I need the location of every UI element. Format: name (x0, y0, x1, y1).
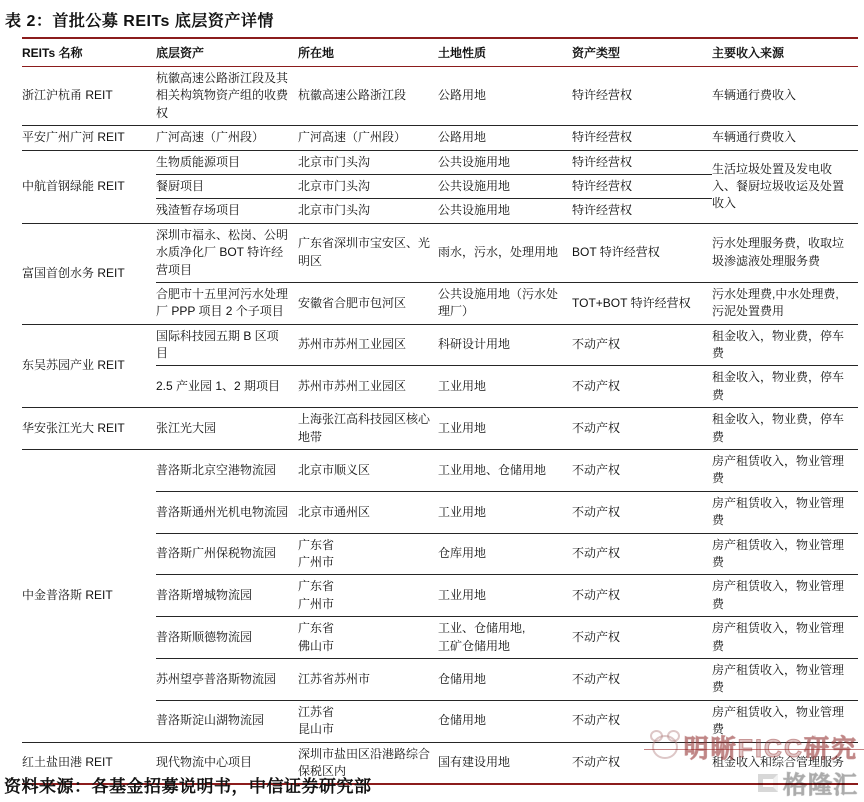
location-cell: 上海张江高科技园区核心地带 (298, 408, 438, 450)
table-row: 平安广州广河 REIT广河高速（广州段）广河高速（广州段）公路用地特许经营权车辆… (22, 126, 858, 150)
header-location: 所在地 (298, 38, 438, 67)
table-row: 中航首钢绿能 REIT生物质能源项目北京市门头沟公共设施用地特许经营权生活垃圾处… (22, 150, 858, 174)
income-cell: 租金收入，物业费，停车费 (712, 324, 858, 366)
location-cell: 广东省 佛山市 (298, 617, 438, 659)
asset-cell: 普洛斯顺德物流园 (156, 617, 298, 659)
asset-type-cell: 特许经营权 (572, 150, 712, 174)
land-nature-cell: 仓储用地 (438, 658, 572, 700)
asset-cell: 广河高速（广州段） (156, 126, 298, 150)
asset-type-cell: 不动产权 (572, 658, 712, 700)
income-cell: 房产租赁收入，物业管理费 (712, 491, 858, 533)
land-nature-cell: 雨水，污水，处理用地 (438, 223, 572, 282)
location-cell: 广东省 广州市 (298, 533, 438, 575)
location-cell: 广东省深圳市宝安区、光明区 (298, 223, 438, 282)
source-note: 资料来源：各基金招募说明书，中信证券研究部 (4, 772, 372, 797)
asset-type-cell: 不动产权 (572, 408, 712, 450)
income-cell: 污水处理费,中水处理费,污泥处置费用 (712, 282, 858, 324)
income-cell: 车辆通行费收入 (712, 126, 858, 150)
land-nature-cell: 公共设施用地 (438, 199, 572, 223)
land-nature-cell: 工业用地 (438, 575, 572, 617)
income-cell: 房产租赁收入，物业管理费 (712, 450, 858, 492)
income-cell: 污水处理服务费，收取垃圾渗滤液处理服务费 (712, 223, 858, 282)
location-cell: 广河高速（广州段） (298, 126, 438, 150)
location-cell: 江苏省苏州市 (298, 658, 438, 700)
asset-cell: 生物质能源项目 (156, 150, 298, 174)
table-body: 浙江沪杭甬 REIT杭徽高速公路浙江段及其相关构筑物资产组的收费权杭徽高速公路浙… (22, 67, 858, 785)
asset-type-cell: BOT 特许经营权 (572, 223, 712, 282)
table-header-row: REITs 名称 底层资产 所在地 土地性质 资产类型 主要收入来源 (22, 38, 858, 67)
land-nature-cell: 工业用地、仓储用地 (438, 450, 572, 492)
land-nature-cell: 科研设计用地 (438, 324, 572, 366)
asset-type-cell: 不动产权 (572, 533, 712, 575)
location-cell: 苏州市苏州工业园区 (298, 366, 438, 408)
land-nature-cell: 工业、仓储用地, 工矿仓储用地 (438, 617, 572, 659)
land-nature-cell: 工业用地 (438, 491, 572, 533)
income-cell: 租金收入和综合管理服务 (712, 742, 858, 784)
reit-name-cell: 浙江沪杭甬 REIT (22, 67, 156, 126)
location-cell: 北京市门头沟 (298, 150, 438, 174)
asset-type-cell: 不动产权 (572, 491, 712, 533)
table-row: 中金普洛斯 REIT普洛斯北京空港物流园北京市顺义区工业用地、仓储用地不动产权房… (22, 450, 858, 492)
table-row: 东吴苏园产业 REIT国际科技园五期 B 区项目苏州市苏州工业园区科研设计用地不… (22, 324, 858, 366)
location-cell: 广东省 广州市 (298, 575, 438, 617)
asset-cell: 张江光大园 (156, 408, 298, 450)
asset-type-cell: 不动产权 (572, 450, 712, 492)
asset-cell: 2.5 产业园 1、2 期项目 (156, 366, 298, 408)
asset-cell: 普洛斯淀山湖物流园 (156, 700, 298, 742)
asset-cell: 餐厨项目 (156, 174, 298, 198)
asset-type-cell: 特许经营权 (572, 174, 712, 198)
asset-type-cell: 特许经营权 (572, 126, 712, 150)
table-row: 浙江沪杭甬 REIT杭徽高速公路浙江段及其相关构筑物资产组的收费权杭徽高速公路浙… (22, 67, 858, 126)
location-cell: 苏州市苏州工业园区 (298, 324, 438, 366)
income-cell: 租金收入，物业费，停车费 (712, 408, 858, 450)
location-cell: 北京市顺义区 (298, 450, 438, 492)
reit-name-cell: 富国首创水务 REIT (22, 223, 156, 324)
income-cell: 生活垃圾处置及发电收入、餐厨垃圾收运及处置收入 (712, 150, 858, 223)
header-main-income: 主要收入来源 (712, 38, 858, 67)
land-nature-cell: 仓储用地 (438, 700, 572, 742)
reits-table: REITs 名称 底层资产 所在地 土地性质 资产类型 主要收入来源 浙江沪杭甬… (22, 37, 858, 785)
page-title: 表 2：首批公募 REITs 底层资产详情 (0, 0, 864, 37)
asset-type-cell: 不动产权 (572, 700, 712, 742)
land-nature-cell: 公路用地 (438, 126, 572, 150)
income-cell: 租金收入，物业费，停车费 (712, 366, 858, 408)
asset-cell: 杭徽高速公路浙江段及其相关构筑物资产组的收费权 (156, 67, 298, 126)
asset-type-cell: 不动产权 (572, 324, 712, 366)
income-cell: 车辆通行费收入 (712, 67, 858, 126)
asset-type-cell: 特许经营权 (572, 67, 712, 126)
asset-cell: 合肥市十五里河污水处理厂 PPP 项目 2 个子项目 (156, 282, 298, 324)
income-cell: 房产租赁收入，物业管理费 (712, 700, 858, 742)
income-cell: 房产租赁收入，物业管理费 (712, 658, 858, 700)
table-row: 富国首创水务 REIT深圳市福永、松岗、公明水质净化厂 BOT 特许经营项目广东… (22, 223, 858, 282)
reit-name-cell: 华安张江光大 REIT (22, 408, 156, 450)
asset-type-cell: 不动产权 (572, 617, 712, 659)
asset-type-cell: 不动产权 (572, 742, 712, 784)
location-cell: 北京市通州区 (298, 491, 438, 533)
header-underlying-asset: 底层资产 (156, 38, 298, 67)
reit-name-cell: 东吴苏园产业 REIT (22, 324, 156, 408)
asset-cell: 深圳市福永、松岗、公明水质净化厂 BOT 特许经营项目 (156, 223, 298, 282)
land-nature-cell: 工业用地 (438, 408, 572, 450)
header-reits-name: REITs 名称 (22, 38, 156, 67)
asset-type-cell: 不动产权 (572, 575, 712, 617)
reit-name-cell: 中金普洛斯 REIT (22, 450, 156, 742)
land-nature-cell: 公共设施用地 (438, 150, 572, 174)
table-row: 华安张江光大 REIT张江光大园上海张江高科技园区核心地带工业用地不动产权租金收… (22, 408, 858, 450)
reit-name-cell: 平安广州广河 REIT (22, 126, 156, 150)
income-cell: 房产租赁收入，物业管理费 (712, 533, 858, 575)
income-cell: 房产租赁收入，物业管理费 (712, 617, 858, 659)
land-nature-cell: 国有建设用地 (438, 742, 572, 784)
land-nature-cell: 仓库用地 (438, 533, 572, 575)
location-cell: 杭徽高速公路浙江段 (298, 67, 438, 126)
asset-cell: 苏州望亭普洛斯物流园 (156, 658, 298, 700)
asset-cell: 国际科技园五期 B 区项目 (156, 324, 298, 366)
land-nature-cell: 工业用地 (438, 366, 572, 408)
asset-type-cell: TOT+BOT 特许经营权 (572, 282, 712, 324)
location-cell: 安徽省合肥市包河区 (298, 282, 438, 324)
header-asset-type: 资产类型 (572, 38, 712, 67)
income-cell: 房产租赁收入，物业管理费 (712, 575, 858, 617)
asset-cell: 残渣暂存场项目 (156, 199, 298, 223)
asset-cell: 普洛斯广州保税物流园 (156, 533, 298, 575)
location-cell: 北京市门头沟 (298, 174, 438, 198)
asset-cell: 普洛斯北京空港物流园 (156, 450, 298, 492)
location-cell: 北京市门头沟 (298, 199, 438, 223)
header-land-nature: 土地性质 (438, 38, 572, 67)
location-cell: 江苏省 昆山市 (298, 700, 438, 742)
asset-type-cell: 特许经营权 (572, 199, 712, 223)
land-nature-cell: 公共设施用地（污水处理厂） (438, 282, 572, 324)
asset-cell: 普洛斯通州光机电物流园 (156, 491, 298, 533)
asset-cell: 普洛斯增城物流园 (156, 575, 298, 617)
asset-type-cell: 不动产权 (572, 366, 712, 408)
reit-name-cell: 中航首钢绿能 REIT (22, 150, 156, 223)
land-nature-cell: 公路用地 (438, 67, 572, 126)
land-nature-cell: 公共设施用地 (438, 174, 572, 198)
